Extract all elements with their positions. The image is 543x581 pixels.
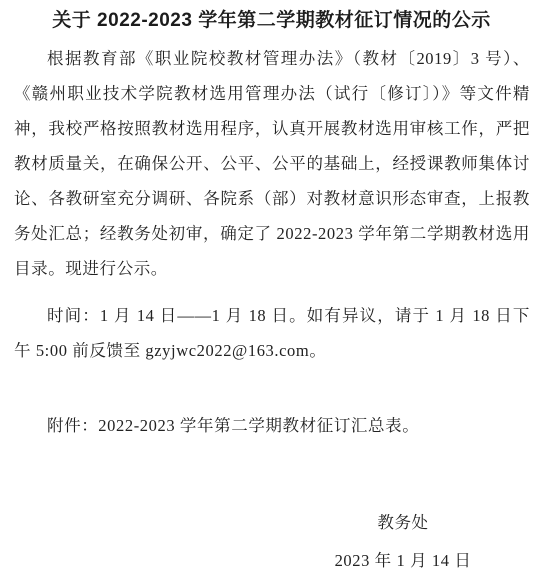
signature-department: 教务处 [318,504,488,542]
body-paragraph-feedback-time: 时间：1 月 14 日——1 月 18 日。如有异议，请于 1 月 18 日下午… [14,298,530,368]
attachment-line: 附件：2022-2023 学年第二学期教材征订汇总表。 [14,408,530,443]
document-title: 关于 2022-2023 学年第二学期教材征订情况的公示 [10,8,533,34]
notice-document: 关于 2022-2023 学年第二学期教材征订情况的公示 根据教育部《职业院校教… [0,0,543,581]
signature-block: 教务处 2023 年 1 月 14 日 [318,504,488,580]
body-paragraph-basis: 根据教育部《职业院校教材管理办法》（教材〔2019〕3 号）、《赣州职业技术学院… [14,41,530,286]
signature-date: 2023 年 1 月 14 日 [318,542,488,580]
